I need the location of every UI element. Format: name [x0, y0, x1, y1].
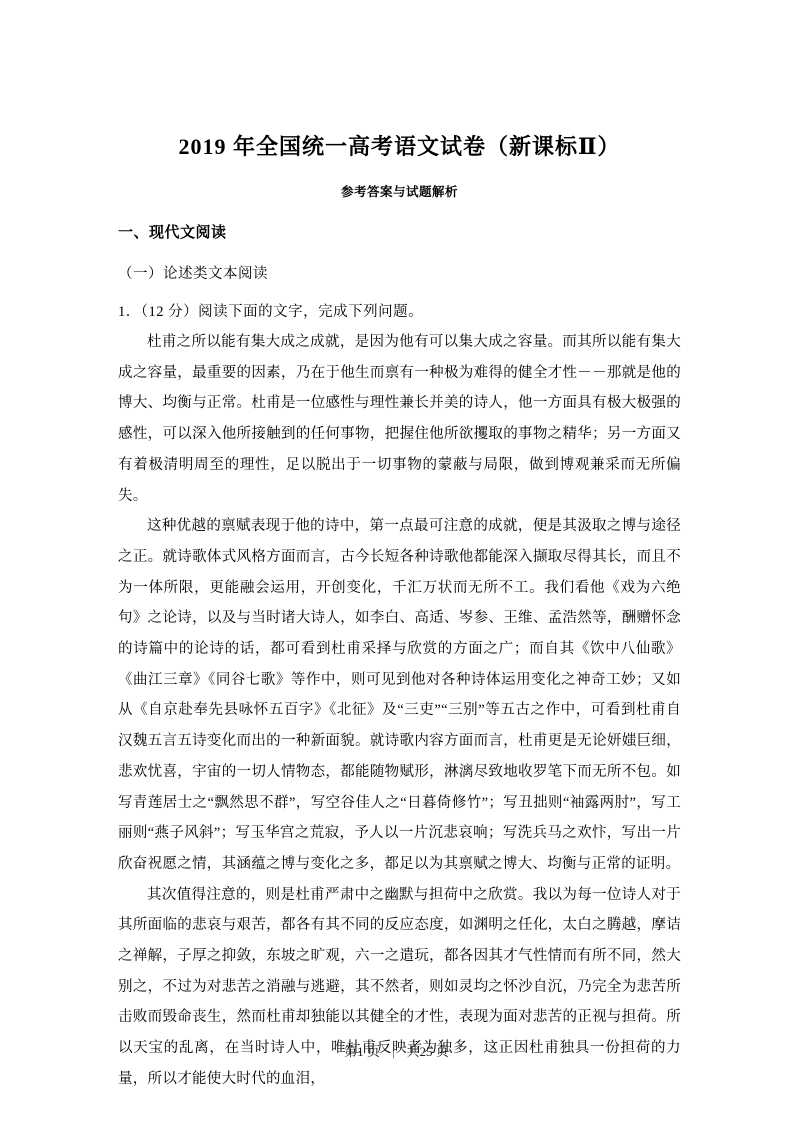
question-intro: 1．（12 分）阅读下面的文字，完成下列问题。: [118, 300, 681, 321]
passage: 杜甫之所以能有集大成之成就，是因为他有可以集大成之容量。而其所以能有集大成之容量…: [118, 327, 681, 1095]
page-number: 第1 页: [344, 1044, 380, 1059]
doc-title: 2019 年全国统一高考语文试卷（新课标Ⅱ）: [118, 133, 681, 161]
total-pages: 共25 页: [407, 1044, 449, 1059]
document-page: 2019 年全国统一高考语文试卷（新课标Ⅱ） 参考答案与试题解析 一、现代文阅读…: [0, 0, 793, 1122]
doc-subtitle: 参考答案与试题解析: [118, 182, 681, 200]
section-heading-modern-reading: 一、现代文阅读: [118, 221, 681, 242]
page-content: 2019 年全国统一高考语文试卷（新课标Ⅱ） 参考答案与试题解析 一、现代文阅读…: [118, 0, 681, 1095]
subsection-heading-argumentative-text: （一）论述类文本阅读: [118, 262, 681, 283]
passage-paragraph-3: 其次值得注意的，则是杜甫严肃中之幽默与担荷中之欣赏。我以为每一位诗人对于其所面临…: [118, 880, 681, 1095]
passage-paragraph-2: 这种优越的禀赋表现于他的诗中，第一点最可注意的成就，便是其汲取之博与途径之正。就…: [118, 511, 681, 879]
passage-paragraph-1: 杜甫之所以能有集大成之成就，是因为他有可以集大成之容量。而其所以能有集大成之容量…: [118, 327, 681, 511]
page-footer: 第1 页|共25 页: [0, 1041, 793, 1060]
footer-separator: |: [392, 1044, 395, 1060]
